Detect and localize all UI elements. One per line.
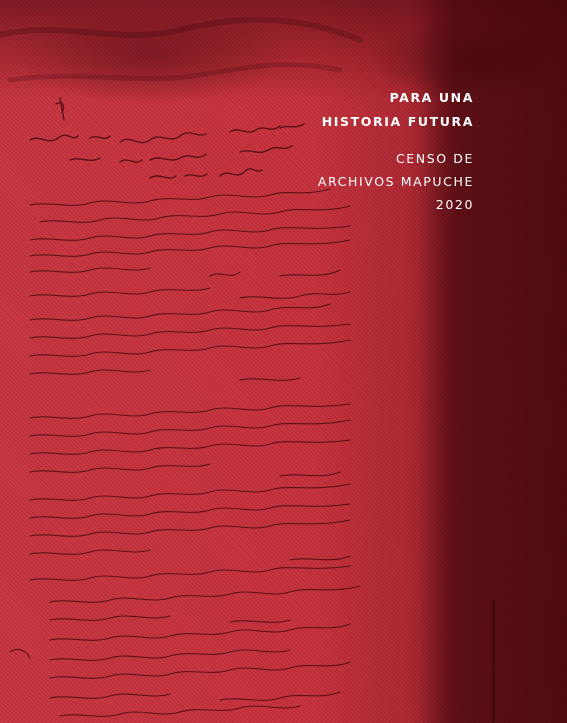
- subtitle-line: ARCHIVOS MAPUCHE: [318, 170, 474, 193]
- title-line: HISTORIA FUTURA: [318, 110, 474, 134]
- title-line: PARA UNA: [318, 86, 474, 110]
- halftone-texture: [0, 0, 567, 723]
- cover-title-block: PARA UNA HISTORIA FUTURA CENSO DE ARCHIV…: [318, 86, 474, 216]
- subtitle-line: CENSO DE: [318, 147, 474, 170]
- book-cover: PARA UNA HISTORIA FUTURA CENSO DE ARCHIV…: [0, 0, 567, 723]
- cover-subtitle: CENSO DE ARCHIVOS MAPUCHE 2020: [318, 147, 474, 216]
- subtitle-year: 2020: [318, 193, 474, 216]
- cover-title: PARA UNA HISTORIA FUTURA: [318, 86, 474, 134]
